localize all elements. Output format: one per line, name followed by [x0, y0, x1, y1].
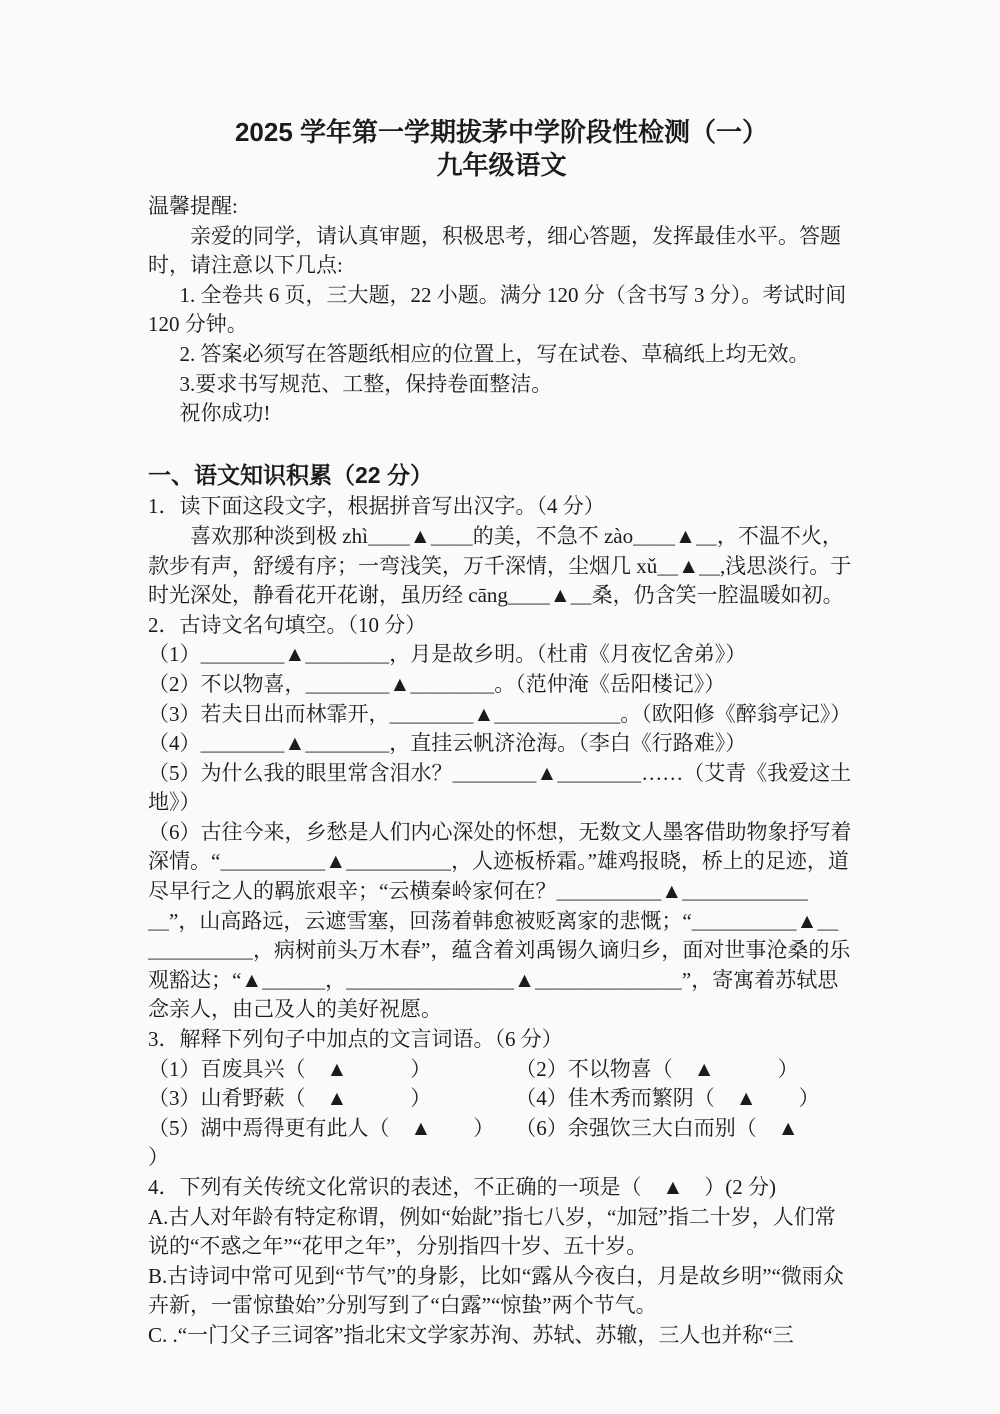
- notice-rule-3: 3.要求书写规范、工整，保持卷面整洁。: [148, 370, 855, 400]
- exam-subtitle: 九年级语文: [148, 149, 855, 182]
- fill-blank-item-1: （1）＿＿＿＿▲＿＿＿＿，月是故乡明。（杜甫《月夜忆舍弟》）: [148, 640, 855, 670]
- notice-intro: 亲爱的同学，请认真审题，积极思考，细心答题，发挥最佳水平。答题时，请注意以下几点…: [148, 222, 855, 281]
- question-3-row-4: ）: [148, 1143, 855, 1173]
- question-3-row-2: （3）山肴野蔌（ ▲ ） （4）佳木秀而繁阴（ ▲ ）: [148, 1084, 855, 1114]
- question-3-row-3: （5）湖中焉得更有此人（ ▲ ） （6）余强饮三大白而别（ ▲: [148, 1114, 855, 1144]
- question-4-option-a: A.古人对年龄有特定称谓，例如“始龀”指七八岁，“加冠”指二十岁，人们常说的“不…: [148, 1203, 855, 1262]
- fill-blank-item-5: （5）为什么我的眼里常含泪水？＿＿＿＿▲＿＿＿＿……（艾青《我爱这土地》）: [148, 759, 855, 818]
- section-1-heading: 一、语文知识积累（22 分）: [148, 461, 855, 491]
- question-3: 3．解释下列句子中加点的文言词语。（6 分） （1）百废具兴（ ▲ ） （2）不…: [148, 1025, 855, 1173]
- exam-page: 2025 学年第一学期拔茅中学阶段性检测（一） 九年级语文 温馨提醒: 亲爱的同…: [0, 0, 1000, 1414]
- question-2-intro: 2．古诗文名句填空。（10 分）: [148, 611, 855, 641]
- question-3-intro: 3．解释下列句子中加点的文言词语。（6 分）: [148, 1025, 855, 1055]
- exam-header: 2025 学年第一学期拔茅中学阶段性检测（一） 九年级语文: [148, 116, 855, 182]
- fill-blank-item-6: （6）古往今来，乡愁是人们内心深处的怀想，无数文人墨客借助物象抒写着深情。“＿＿…: [148, 818, 855, 1025]
- question-4-option-b: B.古诗词中常可见到“节气”的身影，比如“露从今夜白，月是故乡明”“微雨众卉新，…: [148, 1262, 855, 1321]
- notice-wish: 祝你成功!: [148, 399, 855, 429]
- fill-blank-item-3: （3）若夫日出而林霏开，＿＿＿＿▲＿＿＿＿＿＿。（欧阳修《醉翁亭记》）: [148, 700, 855, 730]
- notice-rule-1: 1. 全卷共 6 页，三大题，22 小题。满分 120 分（含书写 3 分）。考…: [148, 281, 855, 340]
- exam-title: 2025 学年第一学期拔茅中学阶段性检测（一）: [148, 116, 855, 149]
- question-4-option-c: C. .“一门父子三词客”指北宋文学家苏洵、苏轼、苏辙，三人也并称“三: [148, 1321, 855, 1351]
- notice-rule-2: 2. 答案必须写在答题纸相应的位置上，写在试卷、草稿纸上均无效。: [148, 340, 855, 370]
- question-1: 1．读下面这段文字，根据拼音写出汉字。（4 分） 喜欢那种淡到极 zhì＿＿▲＿…: [148, 492, 855, 610]
- question-3-row-1: （1）百废具兴（ ▲ ） （2）不以物喜（ ▲ ）: [148, 1055, 855, 1085]
- question-2: 2．古诗文名句填空。（10 分） （1）＿＿＿＿▲＿＿＿＿，月是故乡明。（杜甫《…: [148, 611, 855, 1025]
- question-4-intro: 4．下列有关传统文化常识的表述，不正确的一项是（ ▲ ）(2 分): [148, 1173, 855, 1203]
- notice-block: 温馨提醒: 亲爱的同学，请认真审题，积极思考，细心答题，发挥最佳水平。答题时，请…: [148, 192, 855, 429]
- fill-blank-item-4: （4）＿＿＿＿▲＿＿＿＿，直挂云帆济沧海。（李白《行路难》）: [148, 729, 855, 759]
- fill-blank-item-2: （2）不以物喜，＿＿＿＿▲＿＿＿＿。（范仲淹《岳阳楼记》）: [148, 670, 855, 700]
- question-1-passage: 喜欢那种淡到极 zhì＿＿▲＿＿的美，不急不 zào＿＿▲＿，不温不火，款步有声…: [148, 522, 855, 611]
- question-1-intro: 1．读下面这段文字，根据拼音写出汉字。（4 分）: [148, 492, 855, 522]
- notice-label: 温馨提醒:: [148, 192, 855, 222]
- question-4: 4．下列有关传统文化常识的表述，不正确的一项是（ ▲ ）(2 分) A.古人对年…: [148, 1173, 855, 1351]
